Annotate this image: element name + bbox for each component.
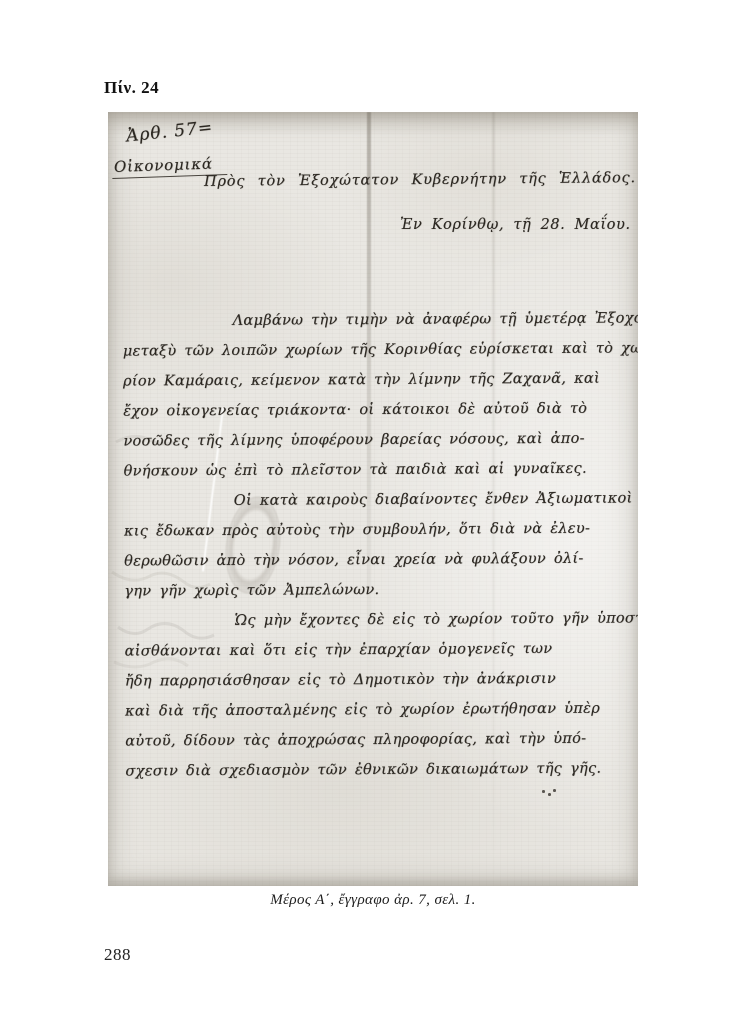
letter-line: σχεσιν διὰ σχεδιασμὸν τῶν ἐθνικῶν δικαιω…: [125, 753, 629, 786]
letter-line: νοσῶδες τῆς λίμνης ὑποφέρουν βαρείας νόσ…: [123, 423, 627, 456]
letter-line: ἔχον οἰκογενείας τριάκοντα· οἱ κάτοικοι …: [123, 393, 627, 426]
letter-line: ρίον Καμάραις, κείμενον κατὰ τὴν λίμνην …: [123, 363, 627, 396]
page-number: 288: [104, 945, 131, 965]
letter-line: μεταξὺ τῶν λοιπῶν χωρίων τῆς Κορινθίας ε…: [123, 333, 627, 366]
letter-line: Λαμβάνω τὴν τιμὴν νὰ ἀναφέρω τῇ ὑμετέρᾳ …: [123, 303, 627, 336]
letter-line: Οἱ κατὰ καιροὺς διαβαίνοντες ἔνθεν Ἀξιωμ…: [124, 483, 628, 516]
letter-line: αὐτοῦ, δίδουν τὰς ἀποχρώσας πληροφορίας,…: [125, 723, 629, 756]
date-line: Ἐν Κορίνθῳ, τῇ 28. Μαΐου. 1830.: [400, 217, 638, 233]
figure-caption: Μέρος Α΄, ἔγγραφο ἀρ. 7, σελ. 1.: [108, 892, 638, 909]
letter-line: κις ἔδωκαν πρὸς αὐτοὺς τὴν συμβουλήν, ὅτ…: [124, 513, 628, 546]
letter-line: καὶ διὰ τῆς ἀποσταλμένης εἰς τὸ χωρίον ἐ…: [125, 693, 629, 726]
address-line: Πρὸς τὸν Ἐξοχώτατον Κυβερνήτην τῆς Ἑλλάδ…: [204, 170, 636, 190]
letter-line: Ὡς μὴν ἔχοντες δὲ εἰς τὸ χωρίον τοῦτο γῆ…: [124, 603, 628, 636]
letter-line: θνήσκουν ὡς ἐπὶ τὸ πλεῖστον τὰ παιδιὰ κα…: [123, 453, 627, 486]
book-page: Πίν. 24 Ἀρθ. 57= Οἰκονομικά Πρὸς τὸν Ἐξο…: [0, 0, 743, 1027]
letter-line: γην γῆν χωρὶς τῶν Ἀμπελώνων.: [124, 573, 628, 606]
plate-label: Πίν. 24: [104, 78, 159, 98]
letter-body: Λαμβάνω τὴν τιμὴν νὰ ἀναφέρω τῇ ὑμετέρᾳ …: [123, 303, 630, 786]
manuscript-photo: Ἀρθ. 57= Οἰκονομικά Πρὸς τὸν Ἐξοχώτατον …: [108, 112, 638, 886]
letter-line: ἤδη παρρησιάσθησαν εἰς τὸ Δημοτικὸν τὴν …: [125, 663, 629, 696]
ink-flourish-mark: [540, 788, 556, 798]
letter-line: αἰσθάνονται καὶ ὅτι εἰς τὴν ἐπαρχίαν ὁμο…: [125, 633, 629, 666]
letter-line: θερωθῶσιν ἀπὸ τὴν νόσον, εἶναι χρεία νὰ …: [124, 543, 628, 576]
